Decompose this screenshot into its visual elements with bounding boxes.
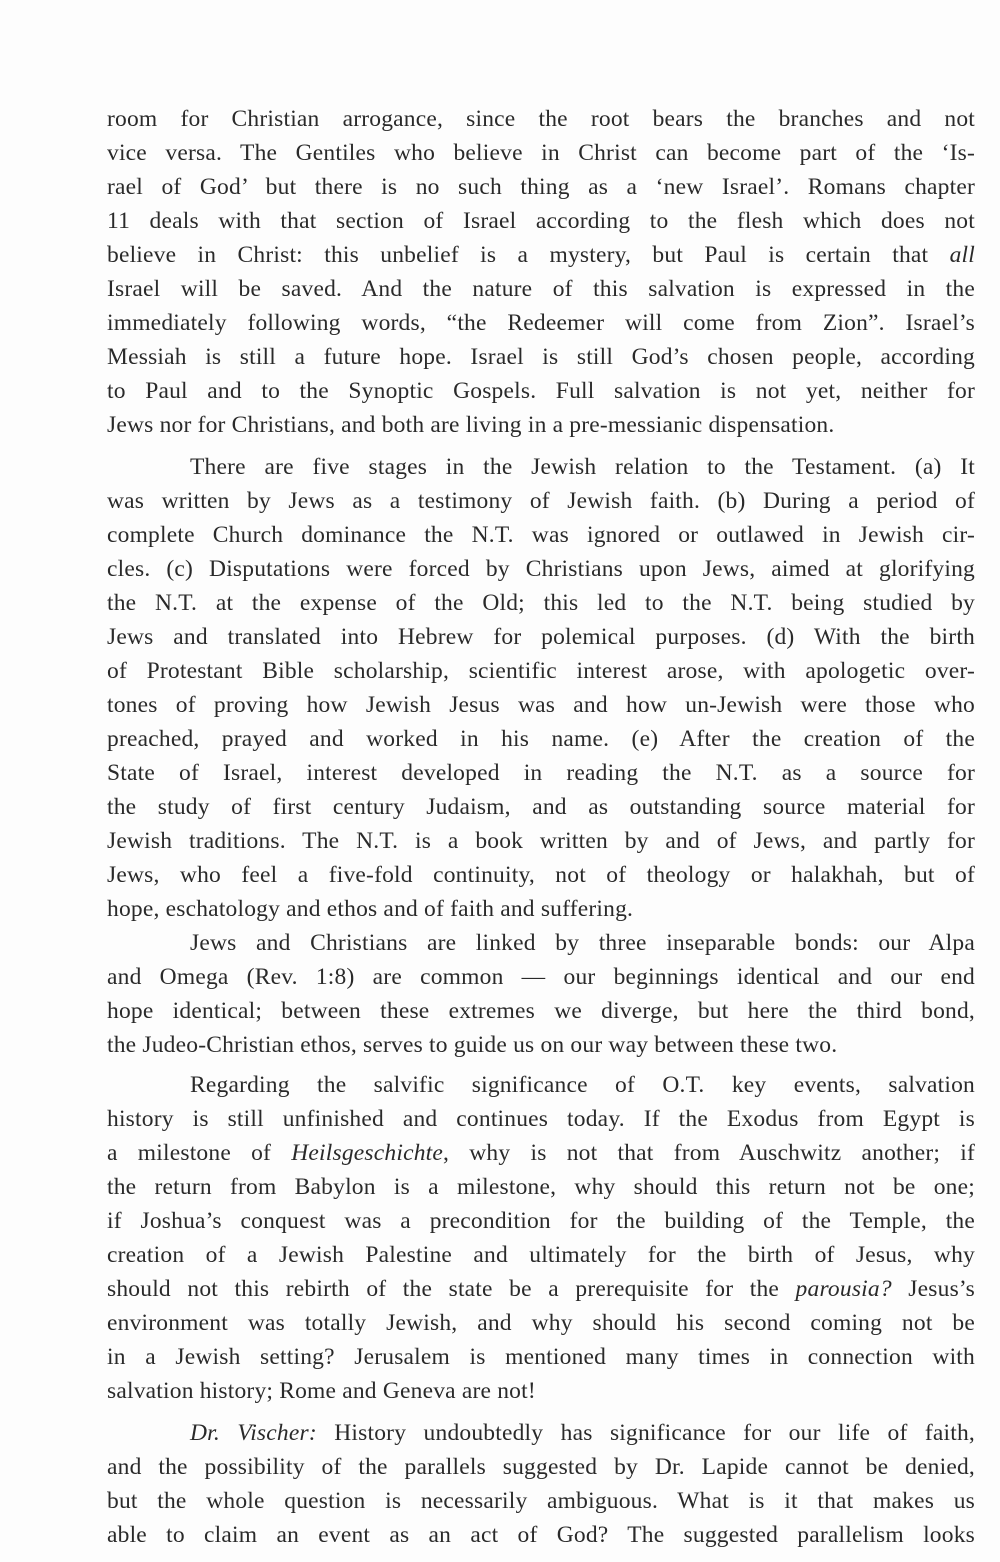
text-line: creation of a Jewish Palestine and ultim… (107, 1240, 975, 1270)
text-line: Dr. Vischer: History undoubtedly has sig… (190, 1418, 975, 1448)
text-line: Jews, who feel a five-fold continuity, n… (107, 860, 975, 890)
text-line: the study of first century Judaism, and … (107, 792, 975, 822)
text-line: believe in Christ: this unbelief is a my… (107, 240, 975, 270)
text-line: Jews and translated into Hebrew for pole… (107, 622, 975, 652)
text-line: rael of God’ but there is no such thing … (107, 172, 975, 202)
text-line: preached, prayed and worked in his name.… (107, 724, 975, 754)
text-line: Jews and Christians are linked by three … (190, 928, 975, 958)
text-line: to Paul and to the Synoptic Gospels. Ful… (107, 376, 975, 406)
text-line: in a Jewish setting? Jerusalem is mentio… (107, 1342, 975, 1372)
text-line: 11 deals with that section of Israel acc… (107, 206, 975, 236)
speaker-label: Dr. Vischer: (190, 1420, 317, 1446)
italic-term: parousia? (796, 1276, 892, 1302)
text-line: hope, eschatology and ethos and of faith… (107, 894, 975, 924)
text-line: able to claim an event as an act of God?… (107, 1520, 975, 1550)
text-line: of Protestant Bible scholarship, scienti… (107, 656, 975, 686)
text-line: and Omega (Rev. 1:8) are common — our be… (107, 962, 975, 992)
text-line: the return from Babylon is a milestone, … (107, 1172, 975, 1202)
text-line: the Judeo-Christian ethos, serves to gui… (107, 1030, 975, 1060)
text-line: hope identical; between these extremes w… (107, 996, 975, 1026)
text-line: salvation history; Rome and Geneva are n… (107, 1376, 975, 1406)
text-line: There are five stages in the Jewish rela… (190, 452, 975, 482)
text-line: room for Christian arrogance, since the … (107, 104, 975, 134)
italic-term: Heilsgeschichte (291, 1140, 443, 1166)
text-line: and the possibility of the parallels sug… (107, 1452, 975, 1482)
text-line: Jews nor for Christians, and both are li… (107, 410, 975, 440)
text-line: history is still unfinished and continue… (107, 1104, 975, 1134)
scanned-book-page: room for Christian arrogance, since the … (0, 0, 1000, 1562)
text-line: Israel will be saved. And the nature of … (107, 274, 975, 304)
text-line: immediately following words, “the Redeem… (107, 308, 975, 338)
text-line: cles. (c) Disputations were forced by Ch… (107, 554, 975, 584)
text-line: Messiah is still a future hope. Israel i… (107, 342, 975, 372)
text-line: vice versa. The Gentiles who believe in … (107, 138, 975, 168)
text-line: complete Church dominance the N.T. was i… (107, 520, 975, 550)
text-line: environment was totally Jewish, and why … (107, 1308, 975, 1338)
text-line: State of Israel, interest developed in r… (107, 758, 975, 788)
text-line: the N.T. at the expense of the Old; this… (107, 588, 975, 618)
text-line: a milestone of Heilsgeschichte, why is n… (107, 1138, 975, 1168)
text-line: Regarding the salvific significance of O… (190, 1070, 975, 1100)
text-line: tones of proving how Jewish Jesus was an… (107, 690, 975, 720)
text-line: Jewish traditions. The N.T. is a book wr… (107, 826, 975, 856)
italic-term: all (950, 242, 975, 268)
text-line: if Joshua’s conquest was a precondition … (107, 1206, 975, 1236)
text-line: should not this rebirth of the state be … (107, 1274, 975, 1304)
text-line: was written by Jews as a testimony of Je… (107, 486, 975, 516)
text-line: but the whole question is necessarily am… (107, 1486, 975, 1516)
